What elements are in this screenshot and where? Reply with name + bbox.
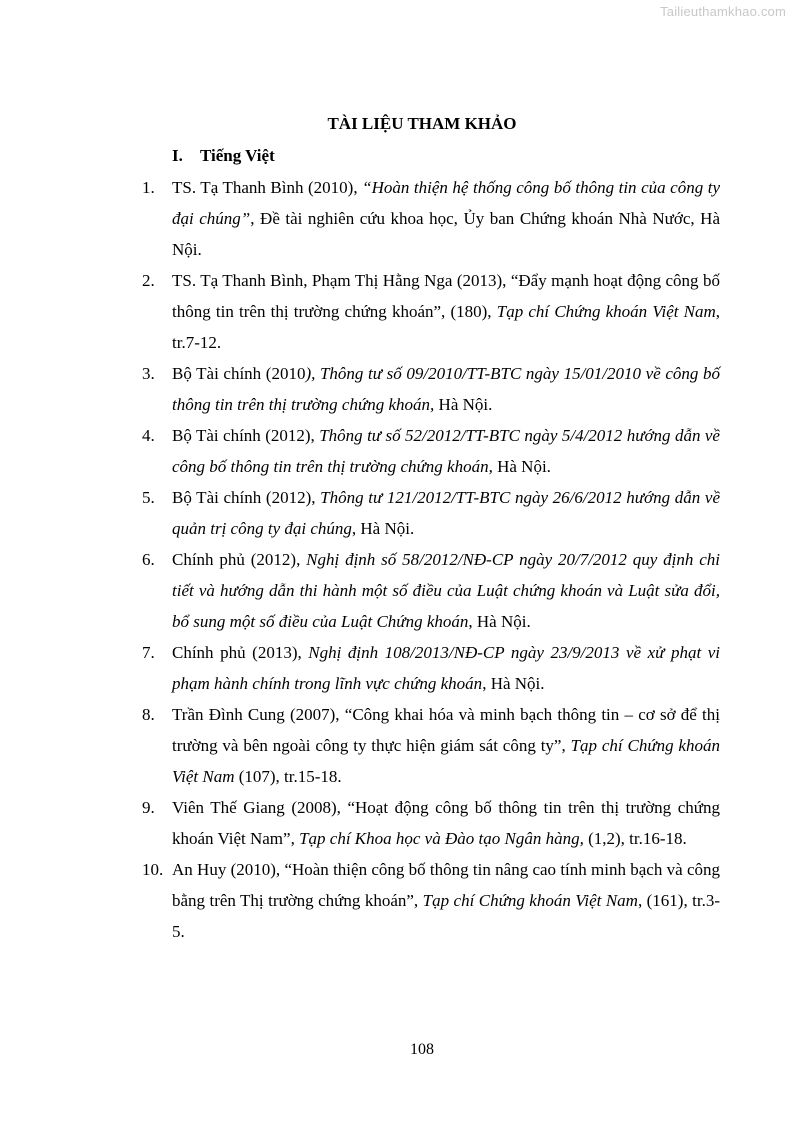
reference-text: , Hà Nội. xyxy=(482,674,544,693)
reference-text: (1,2), tr.16-18. xyxy=(584,829,687,848)
reference-text: , Đề tài nghiên cứu khoa học, Ủy ban Chứ… xyxy=(172,209,720,259)
reference-number: 3. xyxy=(142,358,155,389)
reference-item: 10.An Huy (2010), “Hoàn thiện công bố th… xyxy=(142,854,720,947)
reference-number: 2. xyxy=(142,265,155,296)
reference-text: (107), tr.15-18. xyxy=(234,767,341,786)
reference-title-italic: Tạp chí Chứng khoán Việt Nam xyxy=(423,891,638,910)
reference-item: 7.Chính phủ (2013), Nghị định 108/2013/N… xyxy=(142,637,720,699)
reference-number: 5. xyxy=(142,482,155,513)
reference-text: Hà Nội. xyxy=(434,395,492,414)
reference-number: 1. xyxy=(142,172,155,203)
reference-text: Hà Nội. xyxy=(493,457,551,476)
reference-text: Chính phủ (2012), xyxy=(172,550,306,569)
reference-number: 10. xyxy=(142,854,163,885)
reference-item: 3.Bộ Tài chính (2010), Thông tư số 09/20… xyxy=(142,358,720,420)
reference-item: 2.TS. Tạ Thanh Bình, Phạm Thị Hằng Nga (… xyxy=(142,265,720,358)
page-title: TÀI LIỆU THAM KHẢO xyxy=(0,114,794,134)
reference-number: 4. xyxy=(142,420,155,451)
reference-text: Bộ Tài chính (2012), xyxy=(172,488,320,507)
reference-text: Bộ Tài chính (2010 xyxy=(172,364,305,383)
reference-text: Bộ Tài chính (2012), xyxy=(172,426,319,445)
section-label: Tiếng Việt xyxy=(200,146,275,165)
reference-title-italic: Tạp chí Chứng khoán Việt Nam xyxy=(497,302,716,321)
reference-number: 6. xyxy=(142,544,155,575)
reference-text: , Hà Nội. xyxy=(468,612,530,631)
section-number: I. xyxy=(172,146,196,166)
reference-text: TS. Tạ Thanh Bình (2010), xyxy=(172,178,362,197)
reference-number: 9. xyxy=(142,792,155,823)
reference-item: 4.Bộ Tài chính (2012), Thông tư số 52/20… xyxy=(142,420,720,482)
reference-item: 1.TS. Tạ Thanh Bình (2010), “Hoàn thiện … xyxy=(142,172,720,265)
section-heading: I. Tiếng Việt xyxy=(172,146,275,166)
page-number: 108 xyxy=(0,1041,794,1059)
watermark: Tailieuthamkhao.com xyxy=(660,4,786,19)
reference-item: 9.Viên Thế Giang (2008), “Hoạt động công… xyxy=(142,792,720,854)
reference-item: 8.Trần Đình Cung (2007), “Công khai hóa … xyxy=(142,699,720,792)
reference-list: 1.TS. Tạ Thanh Bình (2010), “Hoàn thiện … xyxy=(142,172,720,947)
reference-number: 7. xyxy=(142,637,155,668)
reference-text: Chính phủ (2013), xyxy=(172,643,308,662)
reference-item: 6.Chính phủ (2012), Nghị định số 58/2012… xyxy=(142,544,720,637)
reference-title-italic: Tạp chí Khoa học và Đào tạo Ngân hàng, xyxy=(299,829,584,848)
reference-item: 5.Bộ Tài chính (2012), Thông tư 121/2012… xyxy=(142,482,720,544)
reference-number: 8. xyxy=(142,699,155,730)
reference-text: , Hà Nội. xyxy=(352,519,414,538)
